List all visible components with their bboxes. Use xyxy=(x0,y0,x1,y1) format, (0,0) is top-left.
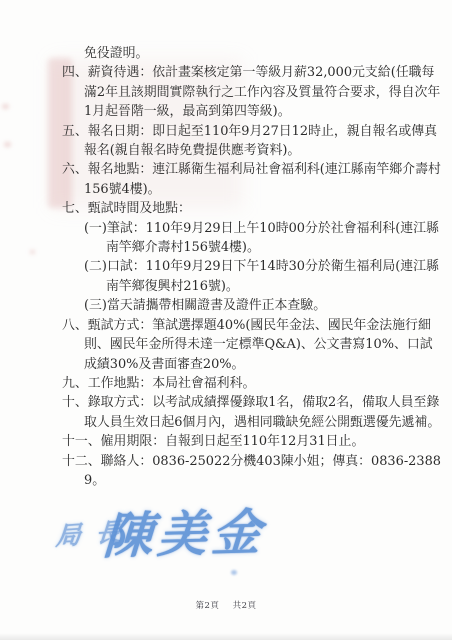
item-text: 薪資待遇：依計畫案核定第一等級月薪32,000元支給(任職每滿2年且該期間實際執… xyxy=(84,65,440,119)
item-text: 報名日期：即日起至110年9月27日12時止，親自報名或傳真報名(親自報名時免費… xyxy=(84,124,437,158)
scan-speck xyxy=(2,104,9,109)
subitem-text: 筆試：110年9月29日上午10時00分於社會福利科(連江縣南竿鄉介壽村156號… xyxy=(106,221,439,255)
doc-subitem: (三)當天請攜帶相關證書及證件正本查驗。 xyxy=(62,296,444,315)
doc-item: 六、報名地點：連江縣衛生福利局社會福利科(連江縣南竿鄉介壽村156號4樓)。 xyxy=(62,160,444,199)
doc-item: 五、報名日期：即日起至110年9月27日12時止，親自報名或傳真報名(親自報名時… xyxy=(62,122,444,161)
item-marker: 七、 xyxy=(62,201,88,216)
subitem-marker: (一) xyxy=(84,221,107,236)
page-footer: 第2頁 共2頁 xyxy=(0,599,452,611)
subitem-text: 口試：110年9月29日下午14時30分於衛生福利局(連江縣南竿鄉復興村216號… xyxy=(106,259,439,293)
carryover-line: 免役證明。 xyxy=(62,44,444,63)
scan-speck xyxy=(30,250,35,254)
item-text: 甄試時間及地點： xyxy=(88,201,191,216)
page-number: 第2頁 xyxy=(195,601,219,611)
signature-name-stamp: 陳美金 xyxy=(102,494,268,568)
item-marker: 八、 xyxy=(62,318,88,333)
subitem-text: 當天請攜帶相關證書及證件正本查驗。 xyxy=(107,298,326,313)
item-text: 僱用期限：自報到日起至110年12月31日止。 xyxy=(101,434,365,449)
doc-item: 四、薪資待遇：依計畫案核定第一等級月薪32,000元支給(任職每滿2年且該期間實… xyxy=(62,63,444,121)
doc-items: 四、薪資待遇：依計畫案核定第一等級月薪32,000元支給(任職每滿2年且該期間實… xyxy=(62,63,444,490)
item-text: 報名地點：連江縣衛生福利局社會福利科(連江縣南竿鄉介壽村156號4樓)。 xyxy=(84,162,441,196)
doc-item: 十二、聯絡人：0836-25022分機403陳小姐；傳真：0836-23889。 xyxy=(62,452,444,491)
item-marker: 九、 xyxy=(62,376,88,391)
ink-speck xyxy=(231,570,237,575)
doc-item: 七、甄試時間及地點： xyxy=(62,199,444,218)
subitem-marker: (二) xyxy=(84,259,107,274)
doc-item: 十、錄取方式：以考試成績擇優錄取1名，備取2名，備取人員至錄取人員生效日起6個月… xyxy=(62,393,444,432)
doc-subitem: (一)筆試：110年9月29日上午10時00分於社會福利科(連江縣南竿鄉介壽村1… xyxy=(62,219,444,258)
doc-item: 十一、僱用期限：自報到日起至110年12月31日止。 xyxy=(62,432,444,451)
item-marker: 五、 xyxy=(62,124,88,139)
item-marker: 十一、 xyxy=(62,434,101,449)
scan-bottom-edge xyxy=(0,633,452,640)
item-marker: 十、 xyxy=(62,395,88,410)
document-body: 免役證明。 四、薪資待遇：依計畫案核定第一等級月薪32,000元支給(任職每滿2… xyxy=(62,44,444,490)
scan-speck xyxy=(4,142,11,147)
item-marker: 四、 xyxy=(62,65,88,80)
document-page: 免役證明。 四、薪資待遇：依計畫案核定第一等級月薪32,000元支給(任職每滿2… xyxy=(0,0,452,640)
doc-item: 九、工作地點：本局社會福利科。 xyxy=(62,374,444,393)
item-marker: 十二、 xyxy=(62,454,101,469)
item-text: 甄試方式：筆試選擇題40%(國民年金法、國民年金法施行細則、國民年金所得未達一定… xyxy=(84,318,433,372)
item-text: 錄取方式：以考試成績擇優錄取1名，備取2名，備取人員至錄取人員生效日起6個月內，… xyxy=(84,395,440,429)
item-text: 聯絡人：0836-25022分機403陳小姐；傳真：0836-23889。 xyxy=(84,454,441,488)
doc-item: 八、甄試方式：筆試選擇題40%(國民年金法、國民年金法施行細則、國民年金所得未達… xyxy=(62,316,444,374)
page-total: 共2頁 xyxy=(233,601,257,611)
doc-subitem: (二)口試：110年9月29日下午14時30分於衛生福利局(連江縣南竿鄉復興村2… xyxy=(62,257,444,296)
item-text: 工作地點：本局社會福利科。 xyxy=(88,376,256,391)
item-marker: 六、 xyxy=(62,162,88,177)
subitem-marker: (三) xyxy=(84,298,107,313)
